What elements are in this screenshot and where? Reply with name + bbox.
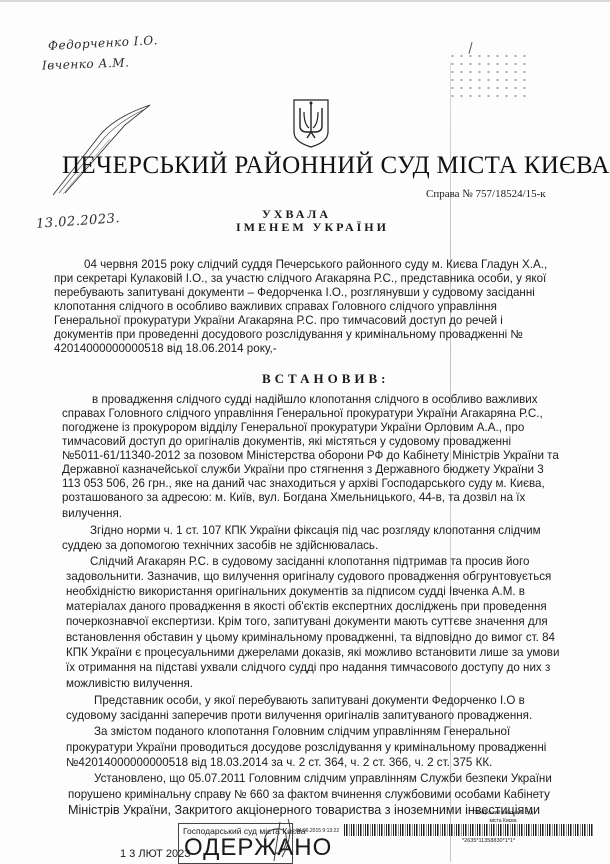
barcode-number: *2635*11358830*1*1* bbox=[462, 838, 515, 844]
text-line: 42014000000000518 від 18.06.2014 року,- bbox=[54, 342, 277, 355]
text-line: За змістом поданого клопотання Головним … bbox=[94, 725, 510, 738]
stamp-label: ОДЕРЖАНО bbox=[184, 836, 332, 860]
text-line: матеріалах даного провадження в якості о… bbox=[66, 600, 547, 613]
text-line: тимчасовий доступ до оригіналів документ… bbox=[62, 435, 511, 448]
text-line: справах Головного слідчого управління Ге… bbox=[62, 407, 543, 420]
text-line: Згідно норми ч. 1 ст. 107 КПК України фі… bbox=[90, 524, 541, 537]
registration-timestamp: 04.06.2015 9:13:22 bbox=[296, 828, 339, 834]
signature-icon bbox=[260, 817, 300, 862]
trident-emblem-icon bbox=[292, 98, 330, 148]
text-line: №5011-61/11340-2012 за позовом Міністерс… bbox=[62, 449, 559, 462]
in-the-name-of-heading: ІМЕНЕМ УКРАЇНИ bbox=[236, 220, 389, 235]
text-line: перебувають запитувані документи – Федор… bbox=[54, 286, 535, 299]
text-line: клопотання слідчого в особливо важливих … bbox=[54, 300, 497, 313]
text-line: судовому засіданні заперечив проти вилуч… bbox=[66, 709, 532, 722]
text-line: порушено кримінальну справу № 660 за фак… bbox=[68, 788, 550, 801]
barcode-label-line1: Печерський районний суд bbox=[448, 809, 558, 817]
text-line: погоджене із прокурором відділу Генераль… bbox=[62, 421, 524, 434]
text-line: вилучення. bbox=[62, 507, 122, 520]
text-line: задовольнити. Зазначив, що вилучення ори… bbox=[66, 570, 551, 583]
text-line: Генеральної прокуратури України Агакарян… bbox=[54, 314, 503, 327]
barcode-label: Печерський районний суд міста Києва bbox=[448, 809, 558, 825]
text-line: прокуратури України проводиться досудове… bbox=[66, 741, 546, 754]
handwritten-note-2: Івченко А.М. bbox=[42, 55, 130, 72]
case-number: Справа № 757/18524/15-к bbox=[426, 188, 546, 200]
court-name: ПЕЧЕРСЬКИЙ РАЙОННИЙ СУД МІСТА КИЄВА bbox=[62, 152, 582, 180]
handwritten-date: 13.02.2023. bbox=[36, 211, 121, 232]
pen-stroke-icon bbox=[45, 97, 165, 197]
text-line: №42014000000000518 від 18.03.2014 за ч. … bbox=[66, 756, 492, 769]
barcode-icon bbox=[344, 824, 594, 836]
text-line: розташованого за адресою: м. Київ, вул. … bbox=[62, 491, 525, 504]
text-line: Установлено, що 05.07.2011 Головним слід… bbox=[94, 772, 552, 785]
text-line: почеркознавчої експертизи. Крім того, за… bbox=[66, 615, 548, 628]
text-line: документів при проведенні досудового роз… bbox=[54, 328, 523, 341]
text-line: 04 червня 2015 року слідчий суддя Печерс… bbox=[84, 258, 547, 271]
text-line: встановлення обставин у цьому кримінальн… bbox=[66, 631, 555, 644]
text-line: суддею за допомогою технічних засобів не… bbox=[62, 539, 378, 552]
text-line: 113 053 506, 26 грн., яке на даний час з… bbox=[62, 477, 545, 490]
faint-mark bbox=[448, 52, 528, 97]
scanned-page: Федорченко І.О. Івченко А.М. ПЕЧЕРСЬКИЙ … bbox=[0, 0, 610, 864]
text-line: можливістю вилучення. bbox=[66, 677, 193, 690]
text-line: КПК України є процесуальними джерелами д… bbox=[66, 646, 559, 659]
text-line: при секретарі Кулаковій І.О., за участю … bbox=[54, 272, 546, 285]
text-line: Державної казначейської служби України п… bbox=[62, 463, 544, 476]
section-heading: ВСТАНОВИВ: bbox=[262, 371, 389, 387]
text-line: в провадження слідчого судді надійшло кл… bbox=[92, 393, 538, 406]
stamp-date: 1 3 ЛЮТ 2023 bbox=[120, 848, 190, 860]
text-line: необхідністю використання оригінальних д… bbox=[66, 585, 525, 598]
text-line: Слідчий Агакарян Р.С. в судовому засідан… bbox=[90, 555, 529, 568]
text-line: їх отримання на підставі ухвали слідчого… bbox=[66, 661, 550, 674]
handwritten-note-1: Федорченко І.О. bbox=[48, 33, 159, 53]
text-line: Представник особи, у якої перебувають за… bbox=[94, 694, 525, 707]
